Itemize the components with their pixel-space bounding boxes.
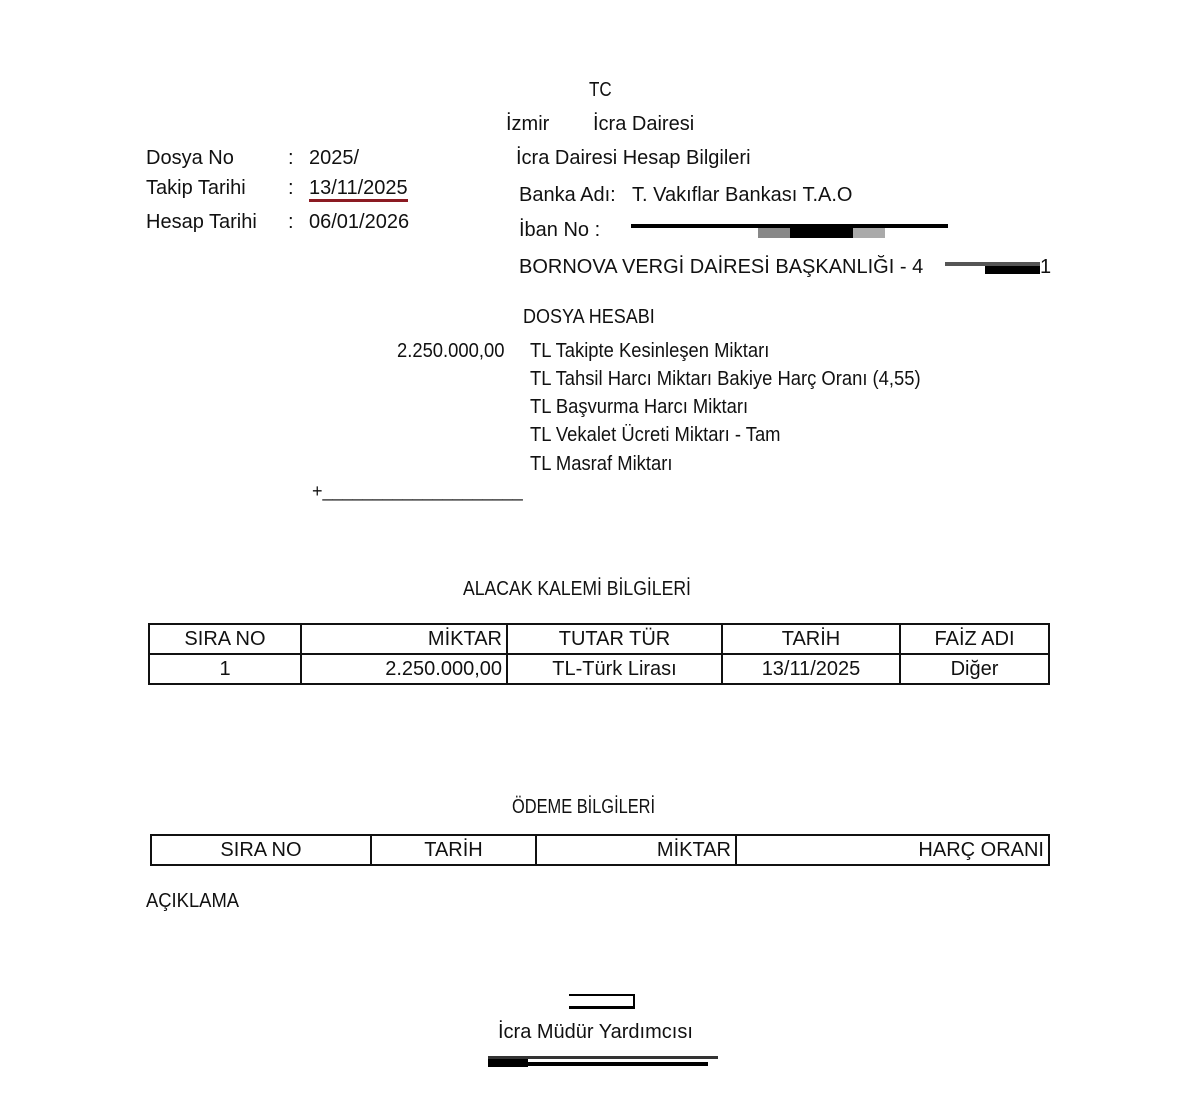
claims-title: ALACAK KALEMİ BİLGİLERİ <box>463 579 722 599</box>
col-header: MİKTAR <box>536 835 736 865</box>
account-line: TL Masraf Miktarı <box>530 454 685 474</box>
iban-label: İban No : <box>519 220 600 240</box>
cell-faiz: Diğer <box>900 654 1049 684</box>
file-no-value: 2025/ <box>309 148 359 168</box>
cell-sira: 1 <box>149 654 301 684</box>
sum-line: +____________________ <box>312 482 523 500</box>
bank-info-title: İcra Dairesi Hesap Bilgileri <box>516 148 751 168</box>
col-header: SIRA NO <box>151 835 371 865</box>
tracking-date-value: 13/11/2025 <box>309 178 408 202</box>
signature-title: İcra Müdür Yardımcısı <box>498 1022 693 1042</box>
account-line: TL Vekalet Ücreti Miktarı - Tam <box>530 425 802 445</box>
col-header: TARİH <box>722 624 900 654</box>
explanation-label: AÇIKLAMA <box>146 891 247 911</box>
tracking-date-label: Takip Tarihi <box>146 178 246 198</box>
cell-miktar: 2.250.000,00 <box>301 654 507 684</box>
file-no-label: Dosya No <box>146 148 234 168</box>
account-amount: 2.250.000,00 <box>397 341 514 361</box>
account-title: DOSYA HESABI <box>523 307 669 327</box>
account-date-label: Hesap Tarihi <box>146 212 257 232</box>
claims-header-row: SIRA NO MİKTAR TUTAR TÜR TARİH FAİZ ADI <box>149 624 1049 654</box>
country-heading: TC <box>589 80 616 100</box>
tax-office-text: BORNOVA VERGİ DAİRESİ BAŞKANLIĞI - 4 <box>519 257 923 277</box>
file-no-sep: : <box>288 148 294 168</box>
tax-number-suffix: 1 <box>1040 257 1051 277</box>
bank-name-label: Banka Adı: <box>519 185 616 205</box>
payments-table: SIRA NO TARİH MİKTAR HARÇ ORANI <box>150 834 1050 866</box>
account-line: TL Tahsil Harcı Miktarı Bakiye Harç Oran… <box>530 369 955 389</box>
cell-tarih: 13/11/2025 <box>722 654 900 684</box>
payments-header-row: SIRA NO TARİH MİKTAR HARÇ ORANI <box>151 835 1049 865</box>
account-line: TL Başvurma Harcı Miktarı <box>530 397 767 417</box>
col-header: HARÇ ORANI <box>736 835 1049 865</box>
table-row: 1 2.250.000,00 TL-Türk Lirası 13/11/2025… <box>149 654 1049 684</box>
city-name: İzmir <box>506 114 549 134</box>
col-header: MİKTAR <box>301 624 507 654</box>
col-header: TUTAR TÜR <box>507 624 722 654</box>
payments-title: ÖDEME BİLGİLERİ <box>512 797 687 817</box>
tracking-date-sep: : <box>288 178 294 198</box>
account-date-value: 06/01/2026 <box>309 212 409 232</box>
col-header: TARİH <box>371 835 536 865</box>
account-date-sep: : <box>288 212 294 232</box>
col-header: FAİZ ADI <box>900 624 1049 654</box>
claims-table: SIRA NO MİKTAR TUTAR TÜR TARİH FAİZ ADI … <box>148 623 1050 685</box>
col-header: SIRA NO <box>149 624 301 654</box>
account-line: TL Takipte Kesinleşen Miktarı <box>530 341 790 361</box>
office-name: İcra Dairesi <box>593 114 694 134</box>
cell-tutar-tur: TL-Türk Lirası <box>507 654 722 684</box>
bank-name-value: T. Vakıflar Bankası T.A.O <box>632 185 852 205</box>
